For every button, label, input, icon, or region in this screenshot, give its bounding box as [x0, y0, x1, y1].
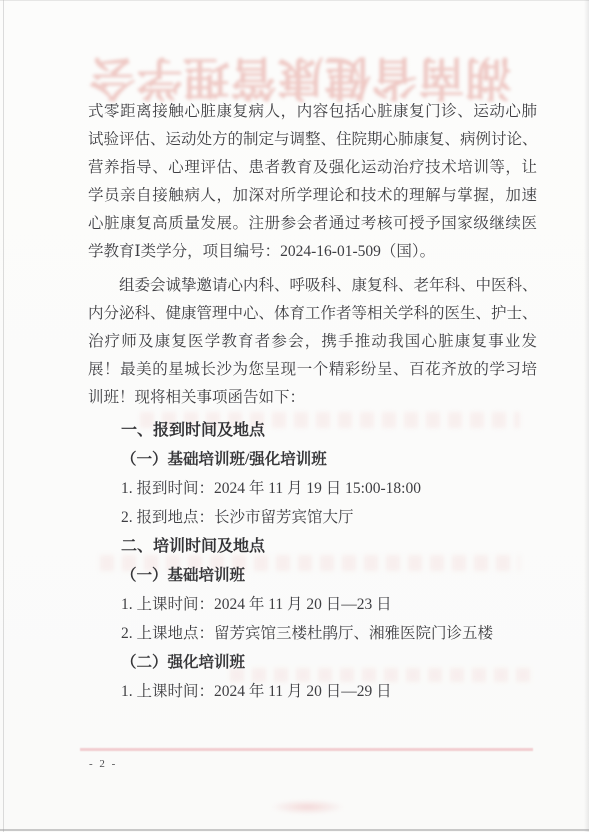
schedule-list: 一、报到时间及地点 （一）基础培训班/强化培训班 1. 报到时间：2024 年 …	[88, 416, 537, 706]
paragraph-line: 学教育Ⅰ类学分，项目编号：2024-16-01-509（国）。	[88, 238, 537, 266]
subheading-basic-intensive-class: （一）基础培训班/强化培训班	[88, 445, 537, 474]
paragraph-line: 心脏康复高质量发展。注册参会者通过考核可授予国家级继续医	[88, 210, 537, 238]
subheading-intensive-class: （二）强化培训班	[88, 648, 537, 677]
paragraph-2: 组委会诚挚邀请心内科、呼吸科、康复科、老年科、中医科、 内分泌科、健康管理中心、…	[88, 272, 537, 412]
bleed-through-smudge	[270, 800, 345, 814]
class-time-line-basic: 1. 上课时间：2024 年 11 月 20 日—23 日	[88, 590, 537, 619]
paragraph-line: 试验评估、运动处方的制定与调整、住院期心肺康复、病例讨论、	[88, 126, 537, 154]
subheading-basic-class: （一）基础培训班	[88, 561, 537, 590]
paragraph-line: 组委会诚挚邀请心内科、呼吸科、康复科、老年科、中医科、	[88, 272, 537, 300]
paragraph-line: 内分泌科、健康管理中心、体育工作者等相关学科的医生、护士、	[88, 300, 537, 328]
paragraph-line: 展！最美的星城长沙为您呈现一个精彩纷呈、百花齐放的学习培	[88, 356, 537, 384]
class-place-line-basic: 2. 上课地点：留芳宾馆三楼杜鹃厅、湘雅医院门诊五楼	[88, 619, 537, 648]
page-number: - 2 -	[89, 758, 117, 770]
section-heading-training: 二、培训时间及地点	[88, 532, 537, 561]
scan-edge-top	[0, 0, 589, 1]
paragraph-line: 学员亲自接触病人，加深对所学理论和技术的理解与掌握，加速	[88, 182, 537, 210]
bleed-through-divider-line	[80, 748, 533, 751]
class-time-line-intensive: 1. 上课时间：2024 年 11 月 20 日—29 日	[88, 677, 537, 706]
scan-edge-left	[3, 0, 4, 832]
paragraph-line: 治疗师及康复医学教育者参会，携手推动我国心脏康复事业发	[88, 328, 537, 356]
section-heading-registration: 一、报到时间及地点	[88, 416, 537, 445]
paragraph-line: 训班！现将相关事项函告如下：	[88, 384, 537, 412]
document-page: 湖南省健康管理学会 式零距离接触心脏康复病人，内容包括心脏康复门诊、运动心肺 试…	[0, 0, 589, 832]
paragraph-1: 式零距离接触心脏康复病人，内容包括心脏康复门诊、运动心肺 试验评估、运动处方的制…	[88, 98, 537, 266]
paragraph-line: 营养指导、心理评估、患者教育及强化运动治疗技术培训等，让	[88, 154, 537, 182]
registration-time-line: 1. 报到时间：2024 年 11 月 19 日 15:00-18:00	[88, 474, 537, 503]
paragraph-line: 式零距离接触心脏康复病人，内容包括心脏康复门诊、运动心肺	[88, 98, 537, 126]
document-body: 式零距离接触心脏康复病人，内容包括心脏康复门诊、运动心肺 试验评估、运动处方的制…	[88, 98, 537, 706]
scan-edge-right	[584, 0, 589, 832]
registration-place-line: 2. 报到地点：长沙市留芳宾馆大厅	[88, 503, 537, 532]
scan-edge-bottom	[0, 829, 589, 831]
